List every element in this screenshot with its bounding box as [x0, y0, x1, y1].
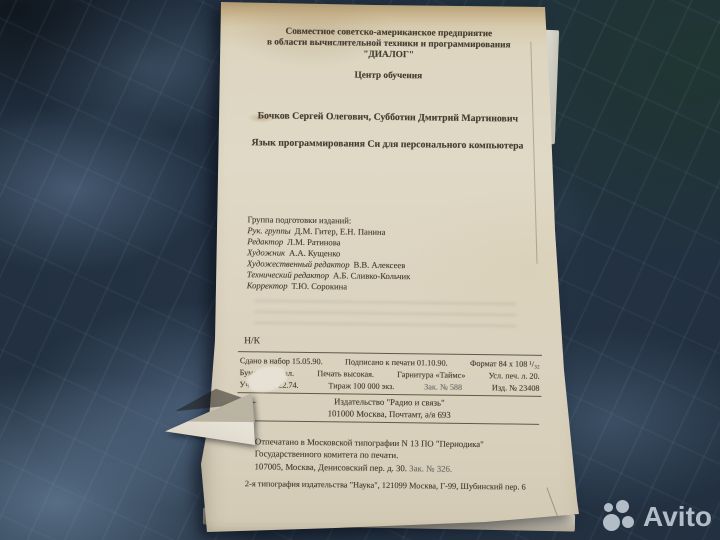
member-name: Л.М. Ратинова [287, 237, 340, 248]
book-listing-photo: Совместное советско-американское предпри… [0, 0, 720, 540]
production-group-block: Группа подготовки изданий: Рук. группыД.… [247, 214, 411, 293]
training-center-line: Центр обучения [227, 69, 549, 83]
member-role: Корректор [247, 280, 288, 290]
avito-logo-dot [616, 500, 629, 513]
production-group-member: КорректорТ.Ю. Сорокина [247, 280, 411, 293]
page-crease-corner [546, 487, 564, 534]
imprint-segment: Сдано в набор 15.05.90. [240, 356, 323, 366]
avito-wordmark: Avito [643, 500, 712, 534]
printing-house-address: 107005, Москва, Денисовский пер. д. 30. [255, 461, 408, 473]
imprint-segment: Изд. № 23408 [492, 383, 540, 393]
torn-paper-flap [160, 388, 260, 450]
second-printing-house-line: 2-я типография издательства "Наука", 121… [200, 479, 570, 493]
member-name: Т.Ю. Сорокина [292, 281, 348, 292]
publisher-address: 101000 Москва, Почтамт, а/я 693 [253, 407, 525, 422]
imprint-segment: Зак. № 588 [424, 382, 462, 391]
avito-logo-icon [603, 500, 637, 534]
book-imprint-page: Совместное советско-американское предпри… [195, 0, 587, 536]
imprint-segment: Печать высокая. [317, 369, 374, 379]
printing-house-block: Отпечатано в Московской типографии N 13 … [254, 435, 483, 475]
imprint-code: Н/К [244, 336, 260, 346]
member-name: Д.М. Гитер, Е.Н. Панина [295, 226, 386, 237]
member-role: Редактор [247, 236, 283, 246]
imprint-rule-top [238, 351, 542, 356]
paper-sheet: Совместное советско-американское предпри… [195, 0, 587, 536]
member-name: В.В. Алексеев [353, 260, 405, 271]
page-content: Совместное советско-американское предпри… [192, 0, 591, 538]
member-role: Рук. группы [247, 225, 290, 236]
member-role: Художественный редактор [247, 258, 350, 269]
member-role: Художник [247, 247, 285, 257]
imprint-segment: Тираж 100 000 экз. [328, 381, 394, 391]
imprint-segment: Формат 84 х 108 ¹/₃₂ [470, 359, 540, 369]
imprint-segment: Подписано к печати 01.10.90. [345, 357, 448, 367]
authors-line: Бочков Сергей Олегович, Субботин Дмитрий… [227, 110, 549, 125]
printing-order-stamp: Зак. № 326. [409, 463, 452, 474]
imprint-segment: Усл. печ. л. 20. [489, 371, 540, 381]
printing-house-line3: 107005, Москва, Денисовский пер. д. 30. … [254, 460, 483, 475]
imprint-segment: Гарнитура «Таймс» [397, 370, 465, 380]
avito-watermark: Avito [603, 500, 712, 534]
member-role: Технический редактор [247, 269, 329, 280]
publisher-header: Совместное советско-американское предпри… [228, 26, 550, 63]
avito-logo-dot [622, 516, 634, 528]
member-name: А.А. Кущенко [289, 248, 340, 259]
avito-logo-dot [604, 503, 613, 512]
imprint-line1: Сдано в набор 15.05.90. Подписано к печа… [240, 356, 540, 369]
publisher-block: Издательство "Радио и связь" 101000 Моск… [253, 395, 525, 421]
show-through-ghost-text [254, 298, 516, 335]
book-title: Язык программирования Си для персонально… [226, 137, 548, 152]
member-name: А.Б. Сливко-Кольчик [333, 270, 410, 281]
avito-logo-dot [603, 514, 620, 531]
